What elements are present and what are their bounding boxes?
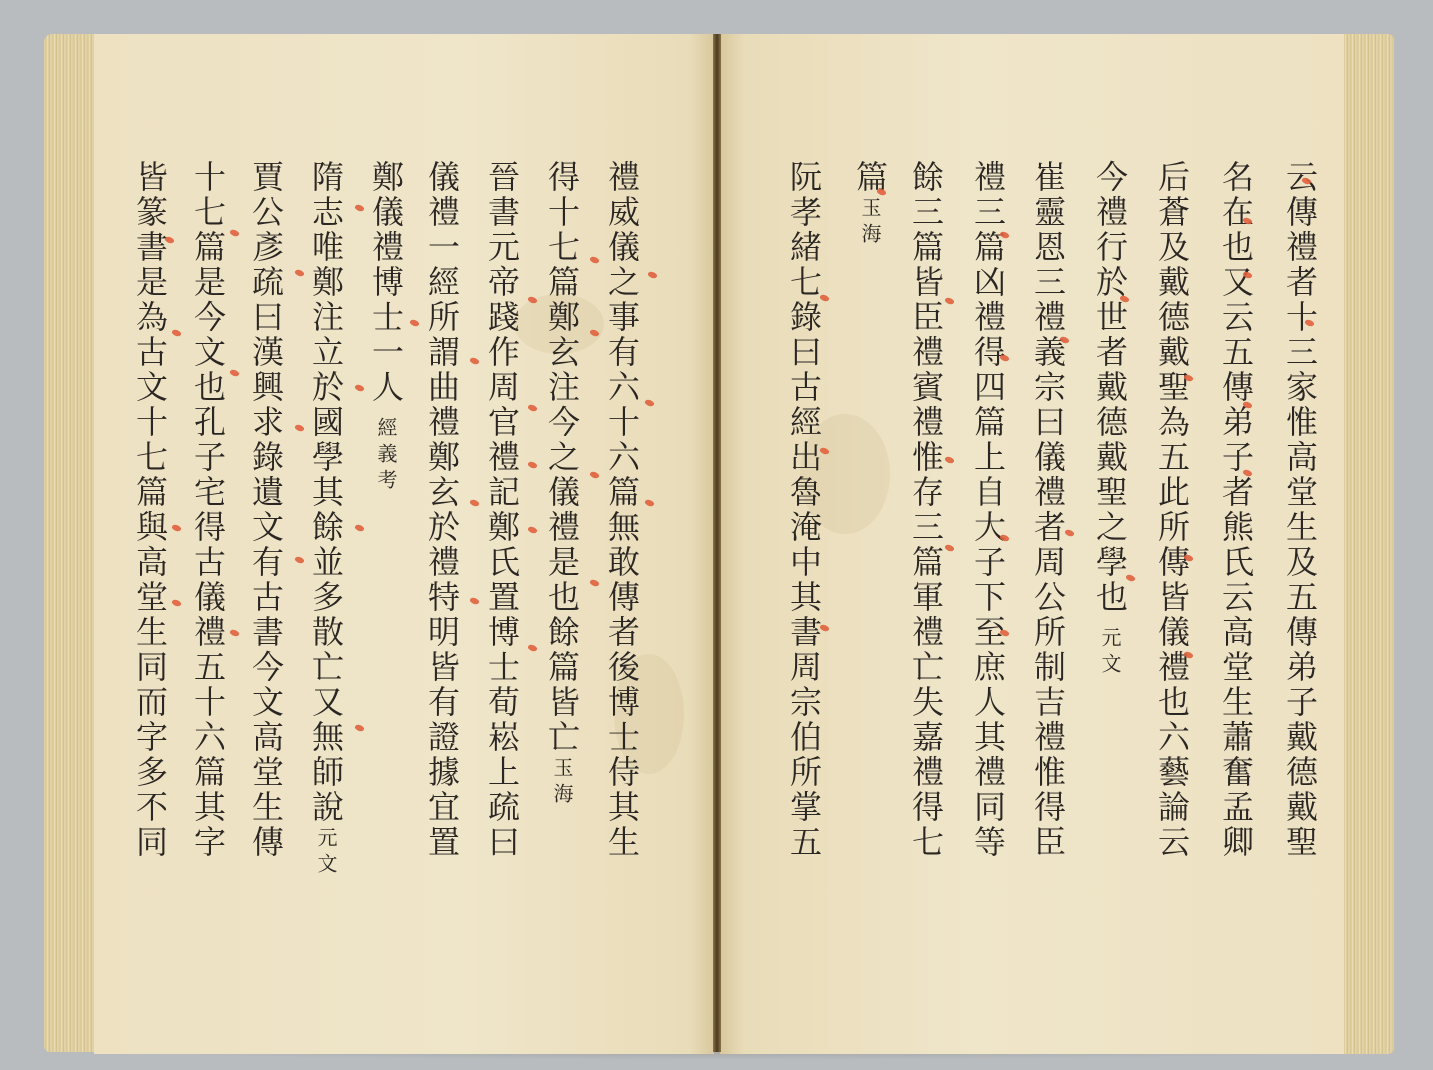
column-text: 十七篇是今文也孔子宅得古儀禮五十六篇其字: [186, 160, 230, 860]
left-page-column-7: 賈公彥疏曰漢興求錄遺文有古書今文高堂生傳: [244, 160, 288, 860]
right-page-column-2: 名在也又云五傳弟子者熊氏云高堂生蕭奮孟卿: [1214, 160, 1258, 860]
left-page-column-1: 禮威儀之事有六十六篇無敢傳者後博士侍其生: [600, 160, 644, 860]
book-gutter: [713, 34, 721, 1052]
column-text: 后蒼及戴德戴聖為五此所傳皆儀禮也六藝論云: [1150, 160, 1194, 860]
left-page-column-4: 儀禮一經所謂曲禮鄭玄於禮特明皆有證據宜置: [420, 160, 464, 860]
source-note: 元文: [315, 827, 337, 879]
left-page-column-8: 十七篇是今文也孔子宅得古儀禮五十六篇其字: [186, 160, 230, 860]
column-text: 賈公彥疏曰漢興求錄遺文有古書今文高堂生傳: [244, 160, 288, 860]
right-page-stack-edge: [1342, 34, 1394, 1054]
source-note: 玉海: [551, 757, 573, 809]
column-text: 皆篆書是為古文十七篇與高堂生同而字多不同: [128, 160, 172, 860]
column-text: 餘三篇皆臣禮賓禮惟存三篇軍禮亡失嘉禮得七: [904, 160, 948, 860]
column-text: 鄭儀禮博士一人: [364, 160, 408, 405]
left-page-column-9: 皆篆書是為古文十七篇與高堂生同而字多不同: [128, 160, 172, 860]
column-text: 隋志唯鄭注立於國學其餘並多散亡又無師說: [304, 160, 348, 825]
column-text: 篇: [848, 160, 892, 195]
column-text: 禮威儀之事有六十六篇無敢傳者後博士侍其生: [600, 160, 644, 860]
right-page-column-1: 云傳禮者十三家惟高堂生及五傳弟子戴德戴聖: [1278, 160, 1322, 860]
left-page-column-3: 晉書元帝踐作周官禮記鄭氏置博士荀崧上疏曰: [480, 160, 524, 860]
column-text: 阮孝緒七錄曰古經出魯淹中其書周宗伯所掌五: [782, 160, 826, 860]
column-text: 名在也又云五傳弟子者熊氏云高堂生蕭奮孟卿: [1214, 160, 1258, 860]
right-page-column-8: 篇 玉海: [848, 160, 892, 249]
source-note: 元文: [1099, 627, 1121, 679]
left-page-column-2: 得十七篇鄭玄注今之儀禮是也餘篇皆亡 玉海: [540, 160, 584, 809]
column-text: 禮三篇凶禮得四篇上自大子下至庶人其禮同等: [966, 160, 1010, 860]
column-text: 云傳禮者十三家惟高堂生及五傳弟子戴德戴聖: [1278, 160, 1322, 860]
right-page-column-3: 后蒼及戴德戴聖為五此所傳皆儀禮也六藝論云: [1150, 160, 1194, 860]
left-page-column-5: 鄭儀禮博士一人 經義考: [364, 160, 408, 495]
column-text: 今禮行於世者戴德戴聖之學也: [1088, 160, 1132, 615]
column-text: 崔靈恩三禮義宗曰儀禮者周公所制吉禮惟得臣: [1026, 160, 1070, 860]
column-text: 得十七篇鄭玄注今之儀禮是也餘篇皆亡: [540, 160, 584, 755]
left-page-column-6: 隋志唯鄭注立於國學其餘並多散亡又無師說 元文: [304, 160, 348, 879]
left-page-stack-edge: [44, 34, 96, 1052]
source-note: 經義考: [375, 417, 397, 495]
column-text: 晉書元帝踐作周官禮記鄭氏置博士荀崧上疏曰: [480, 160, 524, 860]
right-page-column-9: 阮孝緒七錄曰古經出魯淹中其書周宗伯所掌五: [782, 160, 826, 860]
column-text: 儀禮一經所謂曲禮鄭玄於禮特明皆有證據宜置: [420, 160, 464, 860]
source-note: 玉海: [859, 197, 881, 249]
right-page-column-5: 崔靈恩三禮義宗曰儀禮者周公所制吉禮惟得臣: [1026, 160, 1070, 860]
right-page-column-4: 今禮行於世者戴德戴聖之學也 元文: [1088, 160, 1132, 679]
right-page-column-6: 禮三篇凶禮得四篇上自大子下至庶人其禮同等: [966, 160, 1010, 860]
right-page-column-7: 餘三篇皆臣禮賓禮惟存三篇軍禮亡失嘉禮得七: [904, 160, 948, 860]
